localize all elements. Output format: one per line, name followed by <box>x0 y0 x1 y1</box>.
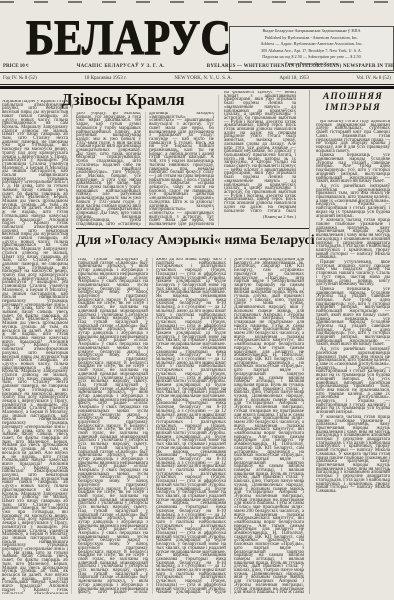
column-rule-4 <box>309 90 310 594</box>
masthead-title: БЕЛАРУС <box>26 12 222 64</box>
address-line: Address — Адрас: Byelorussian-American A… <box>232 41 391 48</box>
article-kremlin-column-2: таго ўброду. Бо Масква, бачыце, усё апра… <box>76 112 141 226</box>
article-voice-column-2: ажно да яго мовы шмат чаго з палітыкі на… <box>156 258 226 594</box>
empire-paragraph: На пачатку гэтага году адбыліся пэўныя а… <box>316 120 390 153</box>
publisher-line-by: Выдае Беларуска-Амэрыканскае Задзіночань… <box>232 28 391 35</box>
article-empire-headline: АПОШНЯЯ ІМПЭРЫЯ <box>316 92 390 116</box>
article-kremlin-column-1: Апошнія падзеі ў Крамлі гэтак паблыталі … <box>2 100 68 594</box>
paper-type-by-label: ЧАСАПІС БЕЛАРУСАЎ У З. Г. А. <box>77 64 165 69</box>
publisher-line-en: Published by Byelorussian - American Ass… <box>232 35 391 42</box>
article-voice-column-3: Але гэтым самым крыўдным для Беларусі не… <box>234 258 304 594</box>
empire-paragraph: Цяжка пераказаць усе даняволеныя народы … <box>316 288 390 347</box>
empire-paragraph: Цяжка пераказаць усе даняволеныя народы … <box>316 154 390 184</box>
place-label: NEW YORK, N. Y., U. S. A. <box>171 76 235 81</box>
continued-on-page-note: (Канец на 2 бач.) <box>224 214 296 220</box>
column-rule-3-top <box>218 95 219 226</box>
empire-paragraph: Ад усіх ранейшых імпэрыяў расейская адро… <box>316 348 390 415</box>
empire-paragraph: У кожнага чытача гэтая праца пакіне глыб… <box>316 416 390 494</box>
article-voice-headline: Для »Голасу Амэрыкі« няма Беларусі <box>76 231 310 251</box>
article-voice-column-1: Пад гэткай загалоўкай у парыскай газэце … <box>78 258 148 594</box>
column-rule-2-top <box>145 112 146 226</box>
divider-above-voice-headline <box>76 228 310 229</box>
price-left-label: PRICE 10 ¢ <box>3 64 29 69</box>
divider-medium <box>0 84 394 85</box>
empire-paragraph: У кожнага чытача гэтая праца пакіне глыб… <box>316 219 390 260</box>
divider-thick <box>0 86 394 89</box>
date-en-label: April 18, 1953 <box>277 76 312 81</box>
dateline-row: Год IV. № 8 (52) 18 Красавіка 1953 г. NE… <box>0 74 394 83</box>
article-kremlin-column-3: дагоняць заходніх «імпэрыялістых» і «сія… <box>149 112 214 226</box>
empire-paragraph: Ад усіх ранейшых імпэрыяў расейская адро… <box>316 185 390 218</box>
article-kremlin-column-4: на фізыялёгіі Цэнзус — нейкі клопат з ар… <box>224 91 296 212</box>
volume-en-label: Vol. IV. № 8 (52) <box>353 76 394 81</box>
scan-edge-artifact <box>0 1 394 3</box>
article-empire-headline-line2: ІМПЭРЫЯ <box>316 103 390 114</box>
empire-paragraph: Працяг уступленьня, якое гісторыя апошні… <box>316 261 390 287</box>
volume-by-label: Год IV. № 8 (52) <box>0 76 40 81</box>
street-address-line: 305 Alabama Ave., Apt. 17, Brooklyn 7, N… <box>232 48 391 55</box>
paper-type-en-label: BYELARUS — WHITERUTHENIAN (BYELORUSSIAN)… <box>207 64 394 69</box>
subscription-line: Падпіска на год $ 2.50 — Subscription pe… <box>232 54 391 61</box>
column-rule-2-bottom <box>152 258 153 594</box>
divider-thin <box>0 72 394 73</box>
article-empire-body: На пачатку гэтага году адбыліся пэўныя а… <box>316 120 390 594</box>
article-empire-headline-line1: АПОШНЯЯ <box>316 92 390 103</box>
column-rule-3-bottom <box>230 258 231 594</box>
masthead-subtitle-row: PRICE 10 ¢ ЧАСАПІС БЕЛАРУСАЎ У З. Г. А. … <box>0 62 394 71</box>
date-by-label: 18 Красавіка 1953 г. <box>81 76 129 81</box>
column-rule-1 <box>71 100 72 594</box>
